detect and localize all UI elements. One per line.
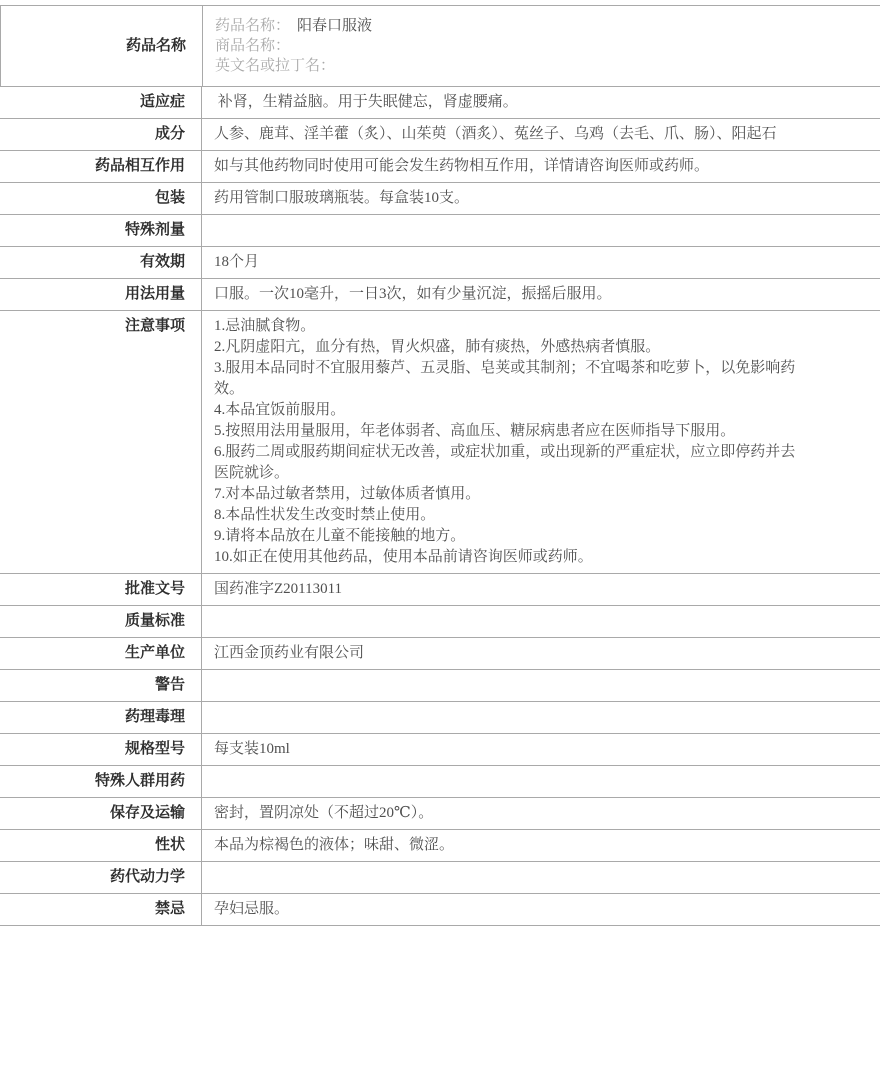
row-content: 每支装10ml: [202, 734, 880, 765]
table-row: 警告: [0, 670, 880, 702]
row-content: 江西金顶药业有限公司: [202, 638, 880, 669]
row-label: 用法用量: [0, 279, 202, 310]
row-content: [202, 670, 880, 701]
row-label: 批准文号: [0, 574, 202, 605]
precaution-item: 3.服用本品同时不宜服用藜芦、五灵脂、皂荚或其制剂；不宜喝茶和吃萝卜，以免影响药…: [214, 358, 804, 400]
table-row: 有效期18个月: [0, 247, 880, 279]
row-label: 生产单位: [0, 638, 202, 669]
row-label: 适应症: [0, 87, 202, 118]
row-label: 药代动力学: [0, 862, 202, 893]
precaution-item: 4.本品宜饭前服用。: [214, 400, 804, 421]
trade-name-prefix: 商品名称：: [215, 38, 290, 54]
precaution-item: 1.忌油腻食物。: [214, 316, 804, 337]
row-label: 特殊人群用药: [0, 766, 202, 797]
table-row: 用法用量口服。一次10毫升，一日3次，如有少量沉淀，振摇后服用。: [0, 279, 880, 311]
precaution-item: 9.请将本品放在儿童不能接触的地方。: [214, 526, 804, 547]
drug-name-value: 阳春口服液: [297, 18, 372, 34]
table-row: 成分人参、鹿茸、淫羊藿（炙）、山茱萸（酒炙）、菟丝子、乌鸡（去毛、爪、肠）、阳起…: [0, 119, 880, 151]
precaution-item: 5.按照用法用量服用，年老体弱者、高血压、糖尿病患者应在医师指导下服用。: [214, 421, 804, 442]
row-label: 规格型号: [0, 734, 202, 765]
row-content: [202, 702, 880, 733]
table-row: 注意事项1.忌油腻食物。2.凡阴虚阳亢，血分有热，胃火炽盛，肺有痰热，外感热病者…: [0, 311, 880, 574]
row-label: 性状: [0, 830, 202, 861]
row-content: [202, 606, 880, 637]
precaution-item: 8.本品性状发生改变时禁止使用。: [214, 505, 804, 526]
table-row: 药代动力学: [0, 862, 880, 894]
precaution-item: 6.服药二周或服药期间症状无改善，或症状加重，或出现新的严重症状，应立即停药并去…: [214, 442, 804, 484]
row-content: 药用管制口服玻璃瓶装。每盒装10支。: [202, 183, 880, 214]
row-content: 口服。一次10毫升，一日3次，如有少量沉淀，振摇后服用。: [202, 279, 880, 310]
table-row: 生产单位江西金顶药业有限公司: [0, 638, 880, 670]
row-content: 国药准字Z20113011: [202, 574, 880, 605]
row-content: 18个月: [202, 247, 880, 278]
row-content: 补肾，生精益脑。用于失眠健忘，肾虚腰痛。: [202, 87, 880, 118]
trade-name-line: 商品名称：: [215, 36, 804, 56]
table-row-drug-name: 药品名称 药品名称：阳春口服液 商品名称： 英文名或拉丁名：: [0, 6, 880, 87]
table-row: 规格型号每支装10ml: [0, 734, 880, 766]
row-label-drug-name: 药品名称: [1, 6, 203, 86]
table-row: 质量标准: [0, 606, 880, 638]
row-content: [202, 215, 880, 246]
row-label: 质量标准: [0, 606, 202, 637]
row-content: 如与其他药物同时使用可能会发生药物相互作用，详情请咨询医师或药师。: [202, 151, 880, 182]
precaution-item: 10.如正在使用其他药品，使用本品前请咨询医师或药师。: [214, 547, 804, 568]
drug-info-table: 药品名称 药品名称：阳春口服液 商品名称： 英文名或拉丁名： 适应症 补肾，生精…: [0, 5, 880, 926]
row-content: 1.忌油腻食物。2.凡阴虚阳亢，血分有热，胃火炽盛，肺有痰热，外感热病者慎服。3…: [202, 311, 880, 573]
row-label: 有效期: [0, 247, 202, 278]
precaution-item: 7.对本品过敏者禁用，过敏体质者慎用。: [214, 484, 804, 505]
row-label: 药理毒理: [0, 702, 202, 733]
row-label: 药品相互作用: [0, 151, 202, 182]
row-content: [202, 862, 880, 893]
table-row: 药理毒理: [0, 702, 880, 734]
latin-name-prefix: 英文名或拉丁名：: [215, 58, 335, 74]
latin-name-line: 英文名或拉丁名：: [215, 56, 804, 76]
table-row: 适应症 补肾，生精益脑。用于失眠健忘，肾虚腰痛。: [0, 87, 880, 119]
row-label: 特殊剂量: [0, 215, 202, 246]
row-content: 密封，置阴凉处（不超过20℃）。: [202, 798, 880, 829]
row-content: 孕妇忌服。: [202, 894, 880, 925]
row-label: 保存及运输: [0, 798, 202, 829]
row-label: 成分: [0, 119, 202, 150]
row-label: 警告: [0, 670, 202, 701]
table-row: 药品相互作用如与其他药物同时使用可能会发生药物相互作用，详情请咨询医师或药师。: [0, 151, 880, 183]
row-label: 禁忌: [0, 894, 202, 925]
row-label: 注意事项: [0, 311, 202, 573]
row-content: [202, 766, 880, 797]
table-row: 批准文号国药准字Z20113011: [0, 574, 880, 606]
precaution-item: 2.凡阴虚阳亢，血分有热，胃火炽盛，肺有痰热，外感热病者慎服。: [214, 337, 804, 358]
table-row: 性状本品为棕褐色的液体；味甜、微涩。: [0, 830, 880, 862]
row-content: 本品为棕褐色的液体；味甜、微涩。: [202, 830, 880, 861]
table-row: 包装药用管制口服玻璃瓶装。每盒装10支。: [0, 183, 880, 215]
row-content-drug-name: 药品名称：阳春口服液 商品名称： 英文名或拉丁名：: [203, 6, 880, 86]
table-row: 特殊人群用药: [0, 766, 880, 798]
table-row: 特殊剂量: [0, 215, 880, 247]
row-content: 人参、鹿茸、淫羊藿（炙）、山茱萸（酒炙）、菟丝子、乌鸡（去毛、爪、肠）、阳起石: [202, 119, 880, 150]
drug-name-line: 药品名称：阳春口服液: [215, 16, 804, 36]
table-row: 禁忌孕妇忌服。: [0, 894, 880, 926]
row-label: 包装: [0, 183, 202, 214]
drug-name-prefix: 药品名称：: [215, 18, 290, 34]
table-row: 保存及运输密封，置阴凉处（不超过20℃）。: [0, 798, 880, 830]
table-rows-container: 适应症 补肾，生精益脑。用于失眠健忘，肾虚腰痛。成分人参、鹿茸、淫羊藿（炙）、山…: [0, 87, 880, 926]
